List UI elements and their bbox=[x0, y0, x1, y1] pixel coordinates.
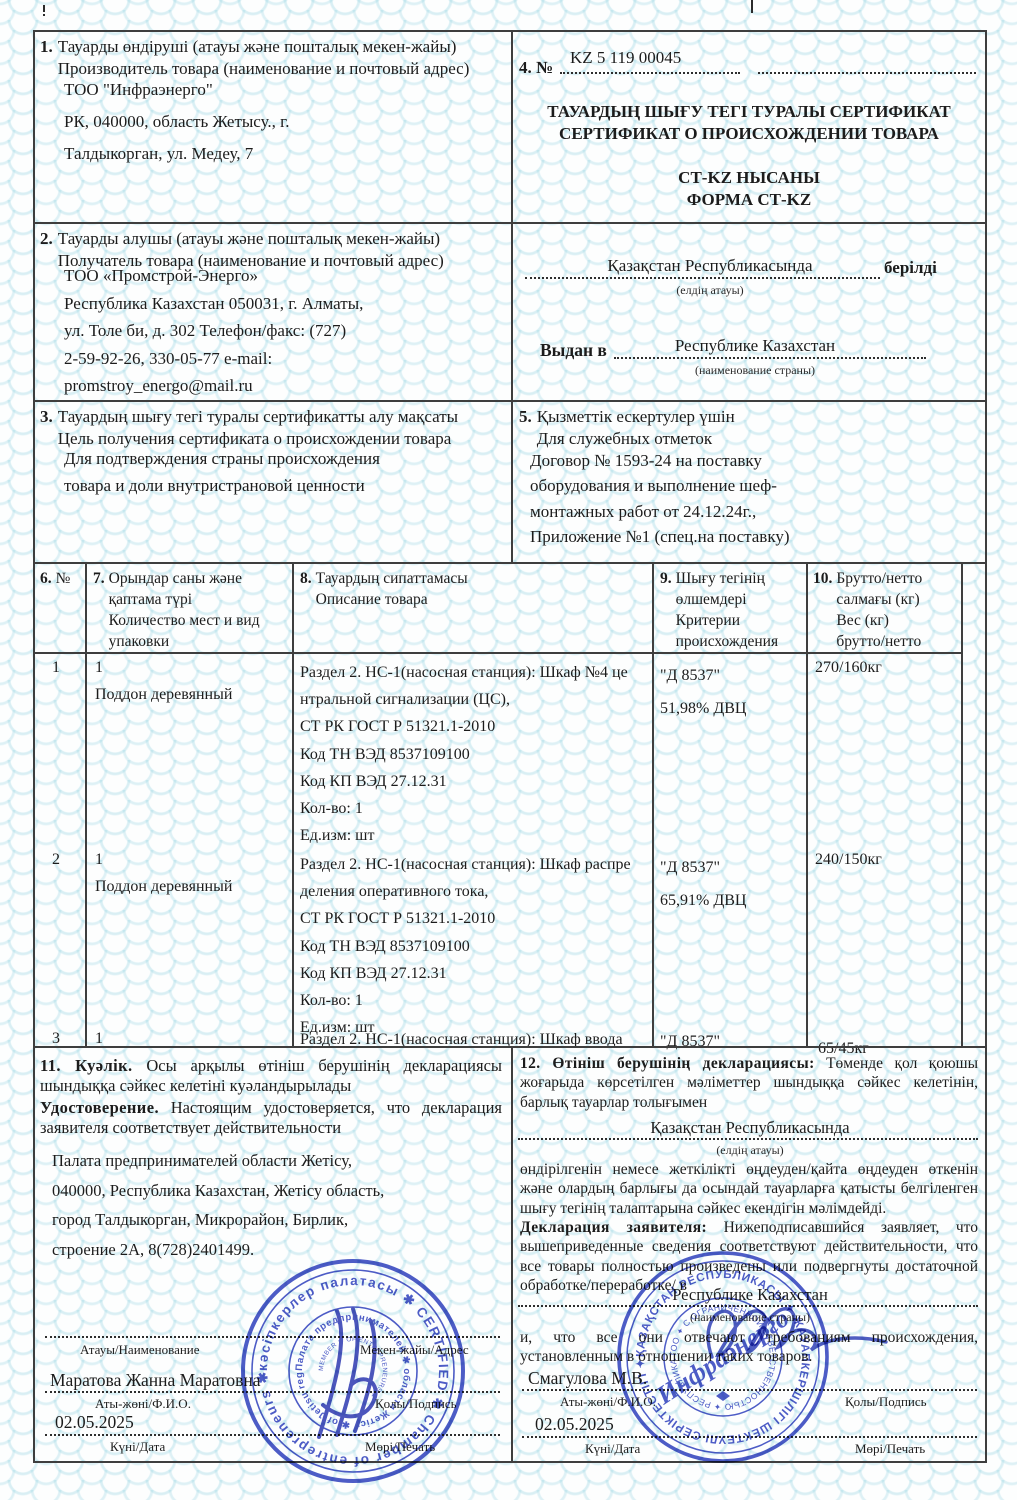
section11-paragraph-kk: 11. Куәлік. Осы арқылы өтініш берушінің … bbox=[40, 1056, 502, 1096]
section4-number-label: 4. № bbox=[519, 58, 553, 78]
dotted-line bbox=[614, 357, 926, 359]
col-header-weight: 10.Брутто/нетто салмағы (кг) Вес (кг) бр… bbox=[813, 568, 959, 652]
consignee-value: ТОО «Промстрой-Энерго» Республика Казахс… bbox=[64, 262, 363, 400]
applicant-signature bbox=[690, 1295, 910, 1385]
table-header-divider bbox=[33, 652, 963, 654]
section11-lead-ru: Удостоверение. bbox=[40, 1098, 159, 1117]
row1-criteria: "Д 8537" 51,98% ДВЦ bbox=[660, 659, 746, 725]
row2-number: 2 bbox=[52, 851, 60, 869]
section3-heading: 3. Тауардың шығу тегі туралы сертификатт… bbox=[40, 406, 504, 449]
purpose-value: Для подтверждения страны происхождения т… bbox=[64, 446, 380, 499]
section3-number: 3. bbox=[40, 406, 53, 449]
stamp-diamond bbox=[716, 1391, 730, 1401]
country-hint-kk: (елдің атауы) bbox=[580, 1143, 920, 1158]
row1-description: Раздел 2. НС-1(насосная станция): Шкаф №… bbox=[300, 659, 656, 849]
application-date: 02.05.2025 bbox=[535, 1414, 614, 1435]
official-notes-value: Договор № 1593-24 на поставку оборудован… bbox=[530, 448, 790, 549]
form-type-ru: ФОРМА СТ-KZ bbox=[511, 190, 987, 210]
sig-label-signature: Қолы/Подпись bbox=[845, 1394, 927, 1410]
sig-label-seal: Мөрі/Печать bbox=[855, 1441, 925, 1457]
certification-date: 02.05.2025 bbox=[55, 1412, 134, 1433]
form-type-kk: СТ-KZ НЫСАНЫ bbox=[511, 168, 987, 188]
issued-suffix-kk: берілді bbox=[884, 258, 937, 278]
col-header-description: 8.Тауардың сипаттамасы Описание товара bbox=[300, 568, 648, 610]
row2-criteria: "Д 8537" 65,91% ДВЦ bbox=[660, 851, 746, 917]
row1-number: 1 bbox=[52, 659, 60, 677]
divider bbox=[33, 222, 985, 224]
row2-description: Раздел 2. НС-1(насосная станция): Шкаф р… bbox=[300, 851, 656, 1041]
issued-hint-ru: (наименование страны) bbox=[620, 363, 890, 378]
section11-lead-kk: 11. Куәлік. bbox=[40, 1056, 133, 1075]
section12-paragraph-kk2: өндірілгенін немесе жеткілікті өңдеуден/… bbox=[520, 1160, 978, 1218]
scan-artifact bbox=[43, 14, 45, 16]
issued-hint-kk: (елдің атауы) bbox=[560, 283, 860, 298]
divider bbox=[33, 562, 985, 564]
section3-title: Тауардың шығу тегі туралы сертификатты а… bbox=[58, 406, 458, 449]
issued-country-ru: Республике Казахстан bbox=[620, 336, 890, 356]
row1-weight: 270/160кг bbox=[815, 659, 882, 677]
row2-packaging: Поддон деревянный bbox=[95, 878, 232, 896]
section12-lead-kk: 12. Өтініш берушінің декларациясы: bbox=[520, 1055, 815, 1072]
table-right-border bbox=[961, 562, 963, 1046]
table-column-divider bbox=[292, 562, 294, 1046]
section5-title: Қызметтік ескертулер үшін Для служебных … bbox=[537, 406, 735, 449]
certificate-number: KZ 5 119 00045 bbox=[570, 48, 681, 68]
row3-criteria: "Д 8537" bbox=[660, 1033, 720, 1051]
section1-heading: 1. Тауарды өндіруші (атауы және пошталық… bbox=[40, 36, 504, 79]
col-header-number: 6.№ bbox=[40, 568, 84, 589]
row1-qty: 1 bbox=[95, 659, 103, 677]
divider bbox=[33, 1046, 985, 1048]
col-header-packages: 7.Орындар саны және қаптама түрі Количес… bbox=[93, 568, 289, 652]
certificate-title-ru: СЕРТИФИКАТ О ПРОИСХОЖДЕНИИ ТОВАРА bbox=[511, 124, 987, 144]
table-column-divider bbox=[85, 562, 87, 1046]
sig-label-date: Күні/Дата bbox=[110, 1439, 165, 1455]
row2-weight: 240/150кг bbox=[815, 851, 882, 869]
section5-heading: 5. Қызметтік ескертулер үшін Для служебн… bbox=[519, 406, 979, 449]
divider bbox=[511, 1046, 513, 1461]
declared-country-kk: Қазақстан Республикасында bbox=[580, 1118, 920, 1138]
issued-country-kk: Қазақстан Республикасында bbox=[560, 256, 860, 276]
section1-title: Тауарды өндіруші (атауы және пошталық ме… bbox=[58, 36, 470, 79]
chamber-stamp: кәсіпкерлер палатасы ✱ CERTIFIED ✱ Chamb… bbox=[228, 1246, 478, 1496]
sig-label-name: Атауы/Наименование bbox=[80, 1342, 200, 1358]
scan-artifact bbox=[43, 5, 45, 12]
producer-value: ТОО "Инфраэнерго" РК, 040000, область Же… bbox=[64, 74, 289, 170]
scan-artifact bbox=[751, 0, 753, 13]
certificate-page: 1. Тауарды өндіруші (атауы және пошталық… bbox=[0, 0, 1017, 1500]
certificate-title-kk: ТАУАРДЫҢ ШЫҒУ ТЕГІ ТУРАЛЫ СЕРТИФИКАТ bbox=[511, 102, 987, 122]
dotted-line bbox=[518, 1138, 978, 1140]
dotted-line bbox=[560, 72, 740, 74]
section2-number: 2. bbox=[40, 228, 53, 271]
issued-label-ru: Выдан в bbox=[540, 340, 607, 361]
section1-number: 1. bbox=[40, 36, 53, 79]
table-column-divider bbox=[806, 562, 808, 1046]
sig-label-fio: Аты-жөні/Ф.И.О. bbox=[95, 1396, 191, 1412]
section12-paragraph-kk: 12. Өтініш берушінің декларациясы: Төмен… bbox=[520, 1054, 978, 1112]
section12-lead-ru: Декларация заявителя: bbox=[520, 1219, 707, 1236]
divider bbox=[33, 400, 985, 402]
dotted-line bbox=[758, 72, 976, 74]
dotted-line bbox=[525, 277, 880, 279]
section11-paragraph-ru: Удостоверение. Настоящим удостоверяется,… bbox=[40, 1098, 502, 1138]
row2-qty: 1 bbox=[95, 851, 103, 869]
col-header-criteria: 9.Шығу тегінің өлшемдері Критерии происх… bbox=[660, 568, 802, 652]
row1-packaging: Поддон деревянный bbox=[95, 686, 232, 704]
section5-number: 5. bbox=[519, 406, 532, 449]
